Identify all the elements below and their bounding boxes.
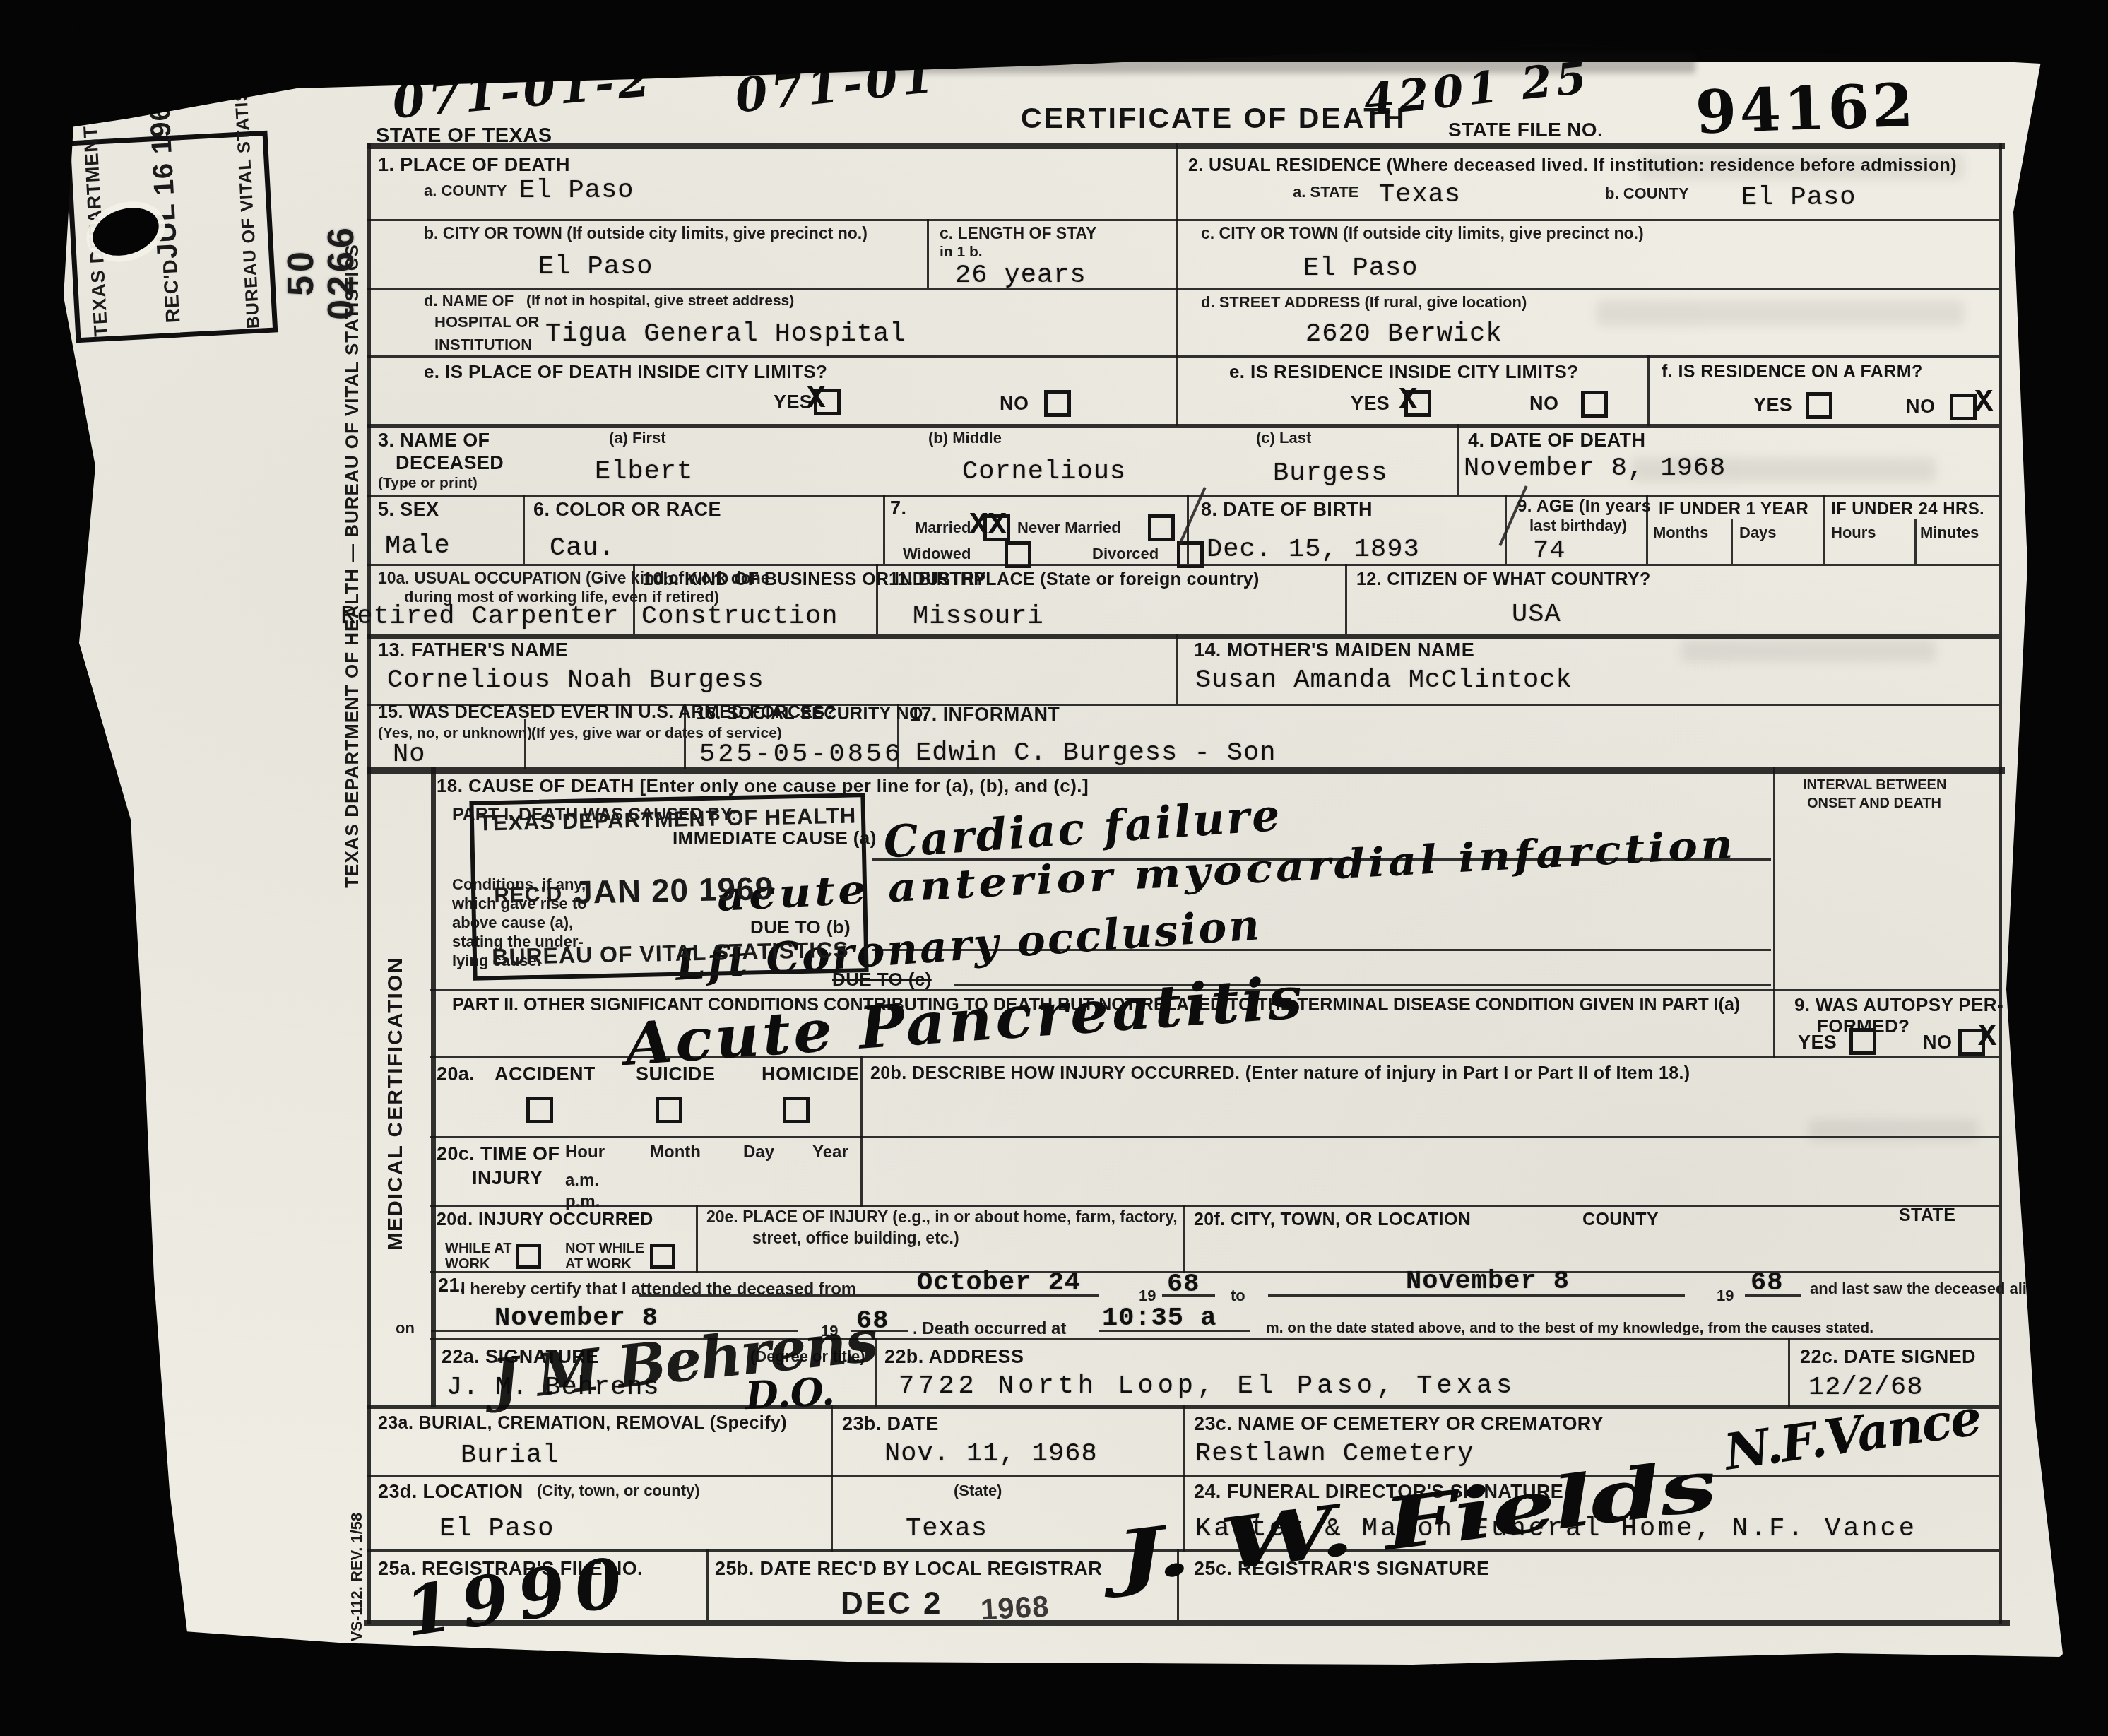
citizen-label: 12. CITIZEN OF WHAT COUNTRY? [1356,569,1651,589]
line [367,634,1999,639]
agency-vertical-caption: TEXAS DEPARTMENT OF HEALTH — BUREAU OF V… [341,216,365,916]
stamp-line: JAN 20 1969 [574,870,774,911]
place-of-injury-label-2: street, office building, etc.) [752,1229,959,1247]
armed-forces-value: No [393,742,425,768]
burial-value: Burial [461,1443,559,1469]
state-value: Texas [1379,182,1461,208]
race-label: 6. COLOR OR RACE [533,499,721,520]
ssn-label: 16. SOCIAL SECURITY NO. [696,704,928,724]
line [367,424,1999,428]
address-value: 7722 North Loop, El Paso, Texas [899,1374,1516,1400]
cemetery-label: 23c. NAME OF CEMETERY OR CREMATORY [1194,1413,1604,1434]
accident-label: ACCIDENT [495,1063,596,1085]
line [1647,355,1650,426]
time-of-injury-label-1: 20c. TIME OF [437,1143,559,1164]
bleed-through-smudge [1681,639,1936,662]
date-of-birth-label: 8. DATE OF BIRTH [1201,499,1373,520]
attended-from-year: 68 [1167,1272,1200,1298]
not-while-label-2: AT WORK [565,1256,632,1272]
hospital-label-3: INSTITUTION [434,336,532,353]
farm-no-mark: X [1974,387,1993,418]
fathers-name-label: 13. FATHER'S NAME [378,639,568,661]
citizen-value: USA [1512,602,1561,628]
pm-label: p.m. [565,1193,600,1211]
line [430,1205,1999,1207]
hours-label: Hours [1831,524,1876,541]
burial-date-value: Nov. 11, 1968 [884,1441,1098,1468]
first-name-value: Elbert [595,459,693,485]
form-number-vertical: VS-112. REV. 1/58 [348,1501,367,1653]
to-label: to [1231,1287,1245,1304]
not-while-label-1: NOT WHILE [565,1241,644,1256]
attended-from-value: October 24 [917,1270,1081,1297]
sex-label: 5. SEX [378,499,439,520]
injury-county-label: COUNTY [1582,1210,1659,1229]
yes-label: YES [1753,394,1792,415]
no-label: NO [1923,1032,1952,1053]
certify-text-3: . Death occurred at [913,1320,1066,1338]
length-of-stay-label: c. LENGTH OF STAY [940,225,1096,242]
farm-no-checkbox [1950,394,1977,420]
line [367,143,2005,149]
never-married-checkbox [1148,514,1175,541]
widowed-checkbox [1005,541,1031,568]
occupation-value: Retired Carpenter [341,604,619,630]
mothers-name-value: Susan Amanda McClintock [1195,668,1573,694]
am-label: a.m. [565,1171,599,1190]
certify-text-1: I hereby certify that I attended the dec… [461,1280,856,1299]
hospital-label: d. NAME OF [424,293,514,309]
stamp-line: BUREAU OF VITAL STATISTICS [234,136,264,329]
suicide-label: SUICIDE [636,1063,715,1085]
autopsy-no-mark: X [1978,1022,1996,1053]
19-label: 19 [1717,1287,1734,1304]
death-limits-no-checkbox [1044,390,1071,417]
line [367,219,1999,221]
farm-yes-checkbox [1806,392,1832,419]
armed-forces-sub-1: (Yes, no, or unknown) [378,725,532,741]
residence-county-value: El Paso [1741,185,1856,211]
ssn-value: 525-05-0856 [699,742,903,768]
age-label-2: last birthday) [1529,517,1627,534]
line [430,1136,1999,1138]
suicide-checkbox [656,1097,682,1123]
street-address-value: 2620 Berwick [1305,321,1502,348]
while-at-work-checkbox [516,1244,541,1269]
city-town-county-label: (City, town, or county) [537,1482,700,1499]
last-name-value: Burgess [1273,461,1387,487]
line [1773,767,1775,1058]
location-city-value: El Paso [439,1516,554,1542]
state-label: a. STATE [1293,184,1358,201]
line [1999,143,2002,1624]
length-of-stay-value: 26 years [955,263,1086,289]
line [367,143,371,1624]
date-of-birth-value: Dec. 15, 1893 [1207,537,1420,563]
residence-city-label: c. CITY OR TOWN (If outside city limits,… [1201,225,1644,242]
bleed-through-smudge [1808,1120,1978,1141]
place-of-death-label: 1. PLACE OF DEATH [378,154,570,175]
line [1345,564,1347,634]
sex-value: Male [385,533,451,560]
degree-value: D.O. [745,1372,836,1415]
months-label: Months [1653,524,1708,541]
street-address-label: d. STREET ADDRESS (If rural, give locati… [1201,294,1527,311]
line [927,219,929,288]
residence-county-label: b. COUNTY [1605,185,1689,202]
stamp-line: TEXAS DEPARTMENT OF HEALTH [474,803,862,836]
hospital-value: Tigua General Hospital [545,321,906,348]
month-label: Month [650,1143,701,1162]
no-label: NO [1906,396,1935,417]
location-label: 23d. LOCATION [378,1481,523,1502]
date-of-death-label: 4. DATE OF DEATH [1468,430,1645,451]
state-file-number: 94162 [1695,76,1917,143]
stamp-line: BUREAU OF VITAL STATISTICS [477,936,865,970]
yes-label: YES [1351,393,1390,414]
date-recd-stamp-1: DEC 2 [841,1586,943,1622]
fathers-name-value: Cornelious Noah Burgess [387,668,764,694]
widowed-label: Widowed [903,545,971,562]
line [706,1549,709,1620]
date-signed-label: 22c. DATE SIGNED [1800,1346,1976,1367]
certify-text-4: m. on the date stated above, and to the … [1266,1320,1873,1336]
line [860,1056,863,1207]
year-label: Year [812,1143,848,1162]
address-label: 22b. ADDRESS [884,1346,1024,1367]
first-name-label: (a) First [609,430,666,447]
interval-label-2: ONSET AND DEATH [1807,796,1941,811]
minutes-label: Minutes [1920,524,1979,541]
last-name-label: (c) Last [1256,430,1311,447]
stamp-line: REC'D [159,258,185,324]
medical-certification-vertical: MEDICAL CERTIFICATION [384,860,408,1347]
cause-of-death-label: 18. CAUSE OF DEATH [Enter only one cause… [437,776,1089,796]
line [367,288,1999,290]
residence-limits-yes-mark: X [1399,385,1417,416]
residence-farm-label: f. IS RESIDENCE ON A FARM? [1662,362,1923,382]
no-label: NO [1529,393,1558,414]
line [1457,424,1459,495]
date-recd-stamp-2: 1968 [980,1589,1050,1626]
no-label: NO [1000,393,1029,414]
autopsy-yes-checkbox [1849,1028,1876,1055]
stamp-line: REC'D [494,882,563,909]
line [1176,143,1178,426]
residence-city-value: El Paso [1303,256,1418,282]
marital-status-label: 7. [890,497,906,519]
received-stamp-jan: TEXAS DEPARTMENT OF HEALTH REC'D JAN 20 … [469,793,868,981]
mothers-name-label: 14. MOTHER'S MAIDEN NAME [1194,639,1474,661]
line [367,767,2005,774]
not-while-at-work-checkbox [650,1244,675,1269]
middle-name-label: (b) Middle [928,430,1002,447]
informant-value: Edwin C. Burgess - Son [916,740,1276,767]
informant-label: 17. INFORMANT [910,704,1060,725]
accident-checkbox [526,1097,553,1123]
line [523,495,525,564]
line [1823,495,1825,564]
cemetery-value: Restlawn Cemetery [1195,1441,1474,1468]
if-under-24-hrs-label: IF UNDER 24 HRS. [1831,500,1984,519]
while-at-work-label-2: WORK [445,1256,490,1272]
days-label: Days [1739,524,1777,541]
line [696,1205,698,1273]
autopsy-label-1: 9. WAS AUTOPSY PER- [1794,995,2003,1015]
death-city-limits-label: e. IS PLACE OF DEATH INSIDE CITY LIMITS? [424,362,827,382]
hospital-label-2: HOSPITAL OR [434,314,539,331]
hospital-label-paren: (If not in hospital, give street address… [526,293,794,309]
county-value: El Paso [519,178,634,204]
time-of-injury-label-2: INJURY [472,1167,543,1188]
city-label: b. CITY OR TOWN (If outside city limits,… [424,225,868,242]
divorced-checkbox [1177,541,1204,568]
deceased-label: DECEASED [396,452,504,473]
if-under-1-year-label: IF UNDER 1 YEAR [1659,500,1808,519]
line [1788,1338,1790,1407]
19-label: 19 [1139,1287,1156,1304]
on-label: on [396,1320,415,1337]
line [1176,634,1178,704]
hour-label: Hour [565,1143,605,1162]
interval-label-1: INTERVAL BETWEEN [1803,777,1946,793]
location-state-value: Texas [906,1516,988,1542]
residence-limits-no-checkbox [1581,391,1608,418]
state-sub-label: (State) [954,1482,1002,1499]
married-mark: XX [969,510,1007,541]
place-of-injury-label-1: 20e. PLACE OF INJURY (e.g., in or about … [706,1208,1178,1226]
middle-name-value: Cornelious [962,459,1126,485]
time-of-death-value: 10:35 a [1102,1306,1216,1332]
item-20a-label: 20a. [437,1063,475,1085]
describe-injury-label: 20b. DESCRIBE HOW INJURY OCCURRED. (Ente… [870,1063,1690,1083]
birthplace-value: Missouri [913,604,1044,630]
certify-text-2: and last saw the deceased alive [1810,1280,2044,1297]
line [1183,1205,1185,1273]
attended-to-value: November 8 [1406,1269,1570,1295]
age-label: 9. AGE (In years [1517,497,1652,516]
divorced-label: Divorced [1092,545,1159,562]
never-married-label: Never Married [1017,519,1121,536]
yes-label: YES [1798,1032,1837,1053]
attended-to-year: 68 [1751,1270,1783,1297]
burial-date-label: 23b. DATE [842,1413,939,1434]
date-recd-label: 25b. DATE REC'D BY LOCAL REGISTRAR [715,1558,1102,1579]
armed-forces-sub-2: (If yes, give war or dates of service) [531,725,782,741]
type-or-print-label: (Type or print) [378,475,478,491]
birthplace-label: 11. BIRTHPLACE (State or foreign country… [889,569,1260,589]
day-label: Day [743,1143,774,1162]
homicide-checkbox [783,1097,810,1123]
scanned-death-certificate: TEXAS DEPARTMENT OF HEALTH REC'D JUL 16 … [0,0,2108,1736]
city-value: El Paso [538,254,653,281]
injury-city-label: 20f. CITY, TOWN, OR LOCATION [1194,1210,1471,1229]
married-label: Married [915,519,971,536]
race-value: Cau. [550,536,615,562]
line [831,1405,833,1552]
industry-value: Construction [641,604,838,630]
document-title: CERTIFICATE OF DEATH [1021,102,1407,135]
line [367,495,1999,497]
bleed-through-smudge [1597,300,1964,326]
state-file-no-label: STATE FILE NO. [1448,119,1603,141]
bleed-through-smudge [1639,154,1964,179]
while-at-work-label-1: WHILE AT [445,1241,511,1256]
burial-label: 23a. BURIAL, CREMATION, REMOVAL (Specify… [378,1413,787,1433]
bleed-through-smudge [1632,458,1936,482]
file-number-vertical: 50 0266 [281,215,324,329]
age-value: 74 [1533,538,1565,565]
line [1914,519,1917,564]
line [1731,519,1733,564]
line [883,495,885,564]
line [367,355,1999,358]
death-limits-yes-mark: X [807,384,825,415]
homicide-label: HOMICIDE [762,1063,859,1085]
injury-occurred-label: 20d. INJURY OCCURRED [437,1210,653,1229]
name-of-deceased-label: 3. NAME OF [378,430,490,451]
injury-state-label: STATE [1899,1205,1955,1225]
county-label: a. COUNTY [424,182,507,199]
last-seen-date: November 8 [495,1306,658,1332]
line [431,767,436,1407]
residence-city-limits-label: e. IS RESIDENCE INSIDE CITY LIMITS? [1229,362,1579,382]
length-of-stay-sub: in 1 b. [940,244,983,260]
